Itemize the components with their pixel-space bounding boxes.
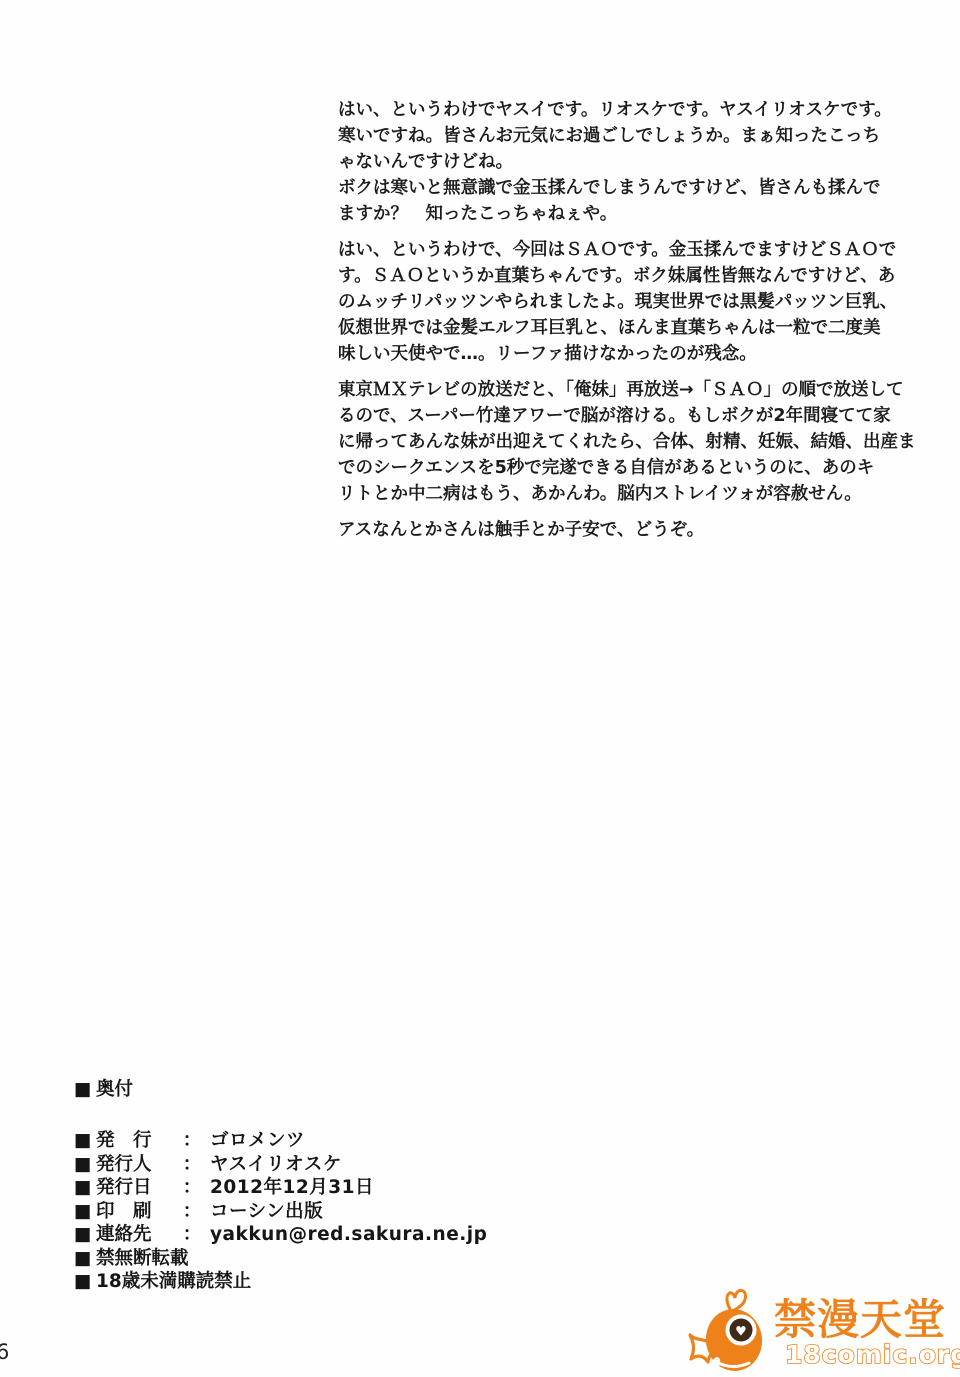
text-line: でのシークエンスを5秒で完遂できる自信があるというのに、あのキ	[338, 455, 900, 481]
text-line: のムッチリパッツンやられましたよ。現実世界では黒髪パッツン巨乳、	[338, 289, 900, 315]
page-number: 6	[0, 1340, 9, 1364]
watermark-site-url: 18comic.org	[785, 1340, 960, 1369]
afterword-paragraph: はい、というわけで、今回はＳＡＯです。金玉揉んでますけどＳＡＯで す。ＳＡＯとい…	[338, 237, 900, 367]
colophon-separator: ：	[174, 1223, 210, 1247]
colophon-label: 発行日	[96, 1176, 174, 1200]
colophon-value: ヤスイリオスケ	[210, 1153, 342, 1177]
colophon-separator: ：	[174, 1129, 210, 1153]
bullet-square-icon: ■	[74, 1223, 96, 1247]
text-line: 寒いですね。皆さんお元気にお過ごしでしょうか。まぁ知ったこっち	[338, 123, 900, 149]
heart-icon: ♥	[735, 1325, 747, 1340]
watermark-site-name: 禁漫天堂	[774, 1295, 946, 1344]
colophon-title-text: 奥付	[96, 1079, 133, 1101]
colophon-label: 連絡先	[96, 1223, 174, 1247]
whale-mascot-icon: ♥	[690, 1290, 766, 1374]
colophon-row-author: ■ 発行人 ： ヤスイリオスケ	[74, 1153, 487, 1177]
text-line: ゃないんですけどね。	[338, 149, 900, 175]
bullet-square-icon: ■	[74, 1129, 96, 1153]
colophon-row-printer: ■ 印 刷 ： コーシン出版	[74, 1200, 487, 1224]
afterword-paragraph: 東京ＭＸテレビの放送だと、「俺妹」再放送→「ＳＡＯ」の順で放送して るので、スー…	[338, 377, 900, 507]
text-line: 仮想世界では金髪エルフ耳巨乳と、ほんま直葉ちゃんは一粒で二度美	[338, 315, 900, 341]
text-line: アスなんとかさんは触手とか子安で、どうぞ。	[338, 517, 900, 543]
text-line: はい、というわけで、今回はＳＡＯです。金玉揉んでますけどＳＡＯで	[338, 237, 900, 263]
bullet-square-icon: ■	[74, 1153, 96, 1177]
scanned-page: はい、というわけでヤスイです。リオスケです。ヤスイリオスケです。 寒いですね。皆…	[0, 0, 960, 1377]
afterword-paragraph: はい、というわけでヤスイです。リオスケです。ヤスイリオスケです。 寒いですね。皆…	[338, 97, 900, 227]
colophon-value: 2012年12月31日	[210, 1176, 374, 1200]
colophon-row-date: ■ 発行日 ： 2012年12月31日	[74, 1176, 487, 1200]
colophon-separator: ：	[174, 1153, 210, 1177]
bullet-square-icon: ■	[74, 1270, 96, 1294]
colophon-row-contact: ■ 連絡先 ： yakkun@red.sakura.ne.jp	[74, 1223, 487, 1247]
colophon-section: ■ 奥付 ■ 発 行 ： ゴロメンツ ■ 発行人 ： ヤスイリオスケ ■ 発行日…	[74, 1079, 487, 1294]
bullet-square-icon: ■	[74, 1079, 96, 1101]
text-line: ボクは寒いと無意識で金玉揉んでしまうんですけど、皆さんも揉んで	[338, 175, 900, 201]
text-line: ますか？ 知ったこっちゃねぇや。	[338, 201, 900, 227]
afterword-paragraph: アスなんとかさんは触手とか子安で、どうぞ。	[338, 517, 900, 543]
colophon-label: 発行人	[96, 1153, 174, 1177]
bullet-square-icon: ■	[74, 1200, 96, 1224]
afterword-text: はい、というわけでヤスイです。リオスケです。ヤスイリオスケです。 寒いですね。皆…	[338, 97, 900, 553]
bullet-square-icon: ■	[74, 1247, 96, 1271]
colophon-separator: ：	[174, 1176, 210, 1200]
text-line: す。ＳＡＯというか直葉ちゃんです。ボク妹属性皆無なんですけど、あ	[338, 263, 900, 289]
colophon-value: コーシン出版	[210, 1200, 323, 1224]
colophon-note-no-reproduction: ■ 禁無断転載	[74, 1247, 487, 1271]
watermark-logo: ♥ 禁漫天堂 18comic.org	[688, 1283, 960, 1377]
text-line: に帰ってあんな妹が出迎えてくれたら、合体、射精、妊娠、結婚、出産ま	[338, 429, 900, 455]
text-line: るので、スーパー竹達アワーで脳が溶ける。もしボクが2年間寝てて家	[338, 403, 900, 429]
colophon-note-text: 18歳未満購読禁止	[96, 1270, 251, 1294]
colophon-label: 発 行	[96, 1129, 174, 1153]
colophon-row-publisher: ■ 発 行 ： ゴロメンツ	[74, 1129, 487, 1153]
colophon-label: 印 刷	[96, 1200, 174, 1224]
text-line: リトとか中二病はもう、あかんわ。脳内ストレイツォが容赦せん。	[338, 481, 900, 507]
colophon-separator: ：	[174, 1200, 210, 1224]
colophon-note-age-restriction: ■ 18歳未満購読禁止	[74, 1270, 487, 1294]
colophon-title: ■ 奥付	[74, 1079, 487, 1101]
colophon-note-text: 禁無断転載	[96, 1247, 189, 1271]
colophon-value: ゴロメンツ	[210, 1129, 305, 1153]
bullet-square-icon: ■	[74, 1176, 96, 1200]
text-line: 東京ＭＸテレビの放送だと、「俺妹」再放送→「ＳＡＯ」の順で放送して	[338, 377, 900, 403]
text-line: はい、というわけでヤスイです。リオスケです。ヤスイリオスケです。	[338, 97, 900, 123]
text-line: 味しい天使やで…。リーファ描けなかったのが残念。	[338, 341, 900, 367]
colophon-email: yakkun@red.sakura.ne.jp	[210, 1223, 487, 1247]
